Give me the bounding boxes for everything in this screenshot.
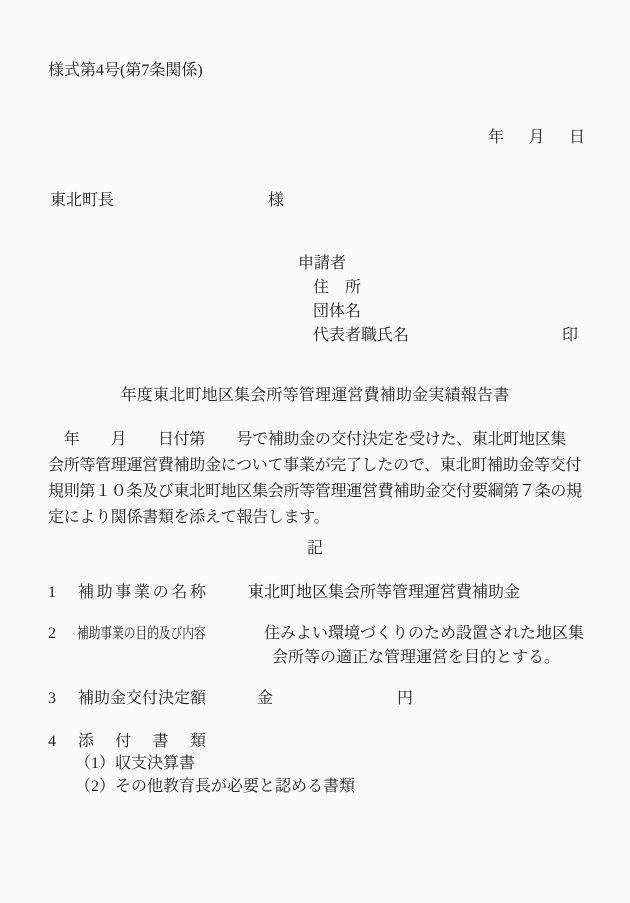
item2-value-line1: 住みよい環境づくりのため設置された地区集	[264, 626, 584, 642]
body-paragraph-line: 会所等管理運営費補助金について事業が完了したので、東北町補助金等交付	[48, 458, 581, 474]
form-number: 様式第4号(第7条関係)	[48, 63, 203, 79]
item2-number: 2	[48, 626, 56, 642]
item3-number: 3	[48, 691, 56, 707]
item2-value-line2: 会所等の適正な管理運営を目的とする。	[272, 650, 560, 666]
item2-label: 補助事業の目的及び内容	[77, 627, 206, 642]
applicant-heading: 申請者	[298, 256, 346, 272]
addressee-name: 東北町長	[50, 193, 114, 209]
seal-mark: 印	[562, 328, 578, 344]
document-title: 年度東北町地区集会所等管理運営費補助金実績報告書	[0, 388, 630, 404]
body-paragraph-line: 定により関係書類を添えて報告します。	[48, 510, 329, 526]
applicant-address-label: 住 所	[313, 280, 361, 296]
attachment-item: （1）収支決算書	[75, 756, 195, 772]
date-line: 年 月 日	[488, 130, 585, 146]
body-paragraph-line: 規則第１０条及び東北町地区集会所等管理運営費補助金交付要綱第７条の規	[48, 484, 582, 500]
item3-amount-suffix: 円	[397, 691, 413, 707]
item1-number: 1	[48, 585, 56, 601]
applicant-organization-label: 団体名	[313, 304, 361, 320]
list-heading: 記	[0, 541, 630, 557]
item3-amount-prefix: 金	[257, 691, 273, 707]
date-day-label: 日	[569, 130, 585, 146]
document-page: 様式第4号(第7条関係) 年 月 日 東北町長 様 申請者 住 所 団体名 代表…	[0, 0, 630, 903]
item1-value: 東北町地区集会所等管理運営費補助金	[248, 585, 520, 601]
attachment-item: （2）その他教育長が必要と認める書類	[75, 779, 355, 795]
item1-label: 補助事業の名称	[78, 585, 206, 601]
addressee-honorific: 様	[268, 193, 284, 209]
item4-label: 添付書類	[78, 734, 206, 750]
item3-label: 補助金交付決定額	[78, 691, 206, 707]
applicant-representative-label: 代表者職氏名	[313, 328, 409, 344]
date-year-label: 年	[488, 130, 504, 146]
body-paragraph-line: 年 月 日付第 号で補助金の交付決定を受けた、東北町地区集	[48, 432, 566, 448]
date-month-label: 月	[528, 130, 544, 146]
item4-number: 4	[48, 734, 56, 750]
